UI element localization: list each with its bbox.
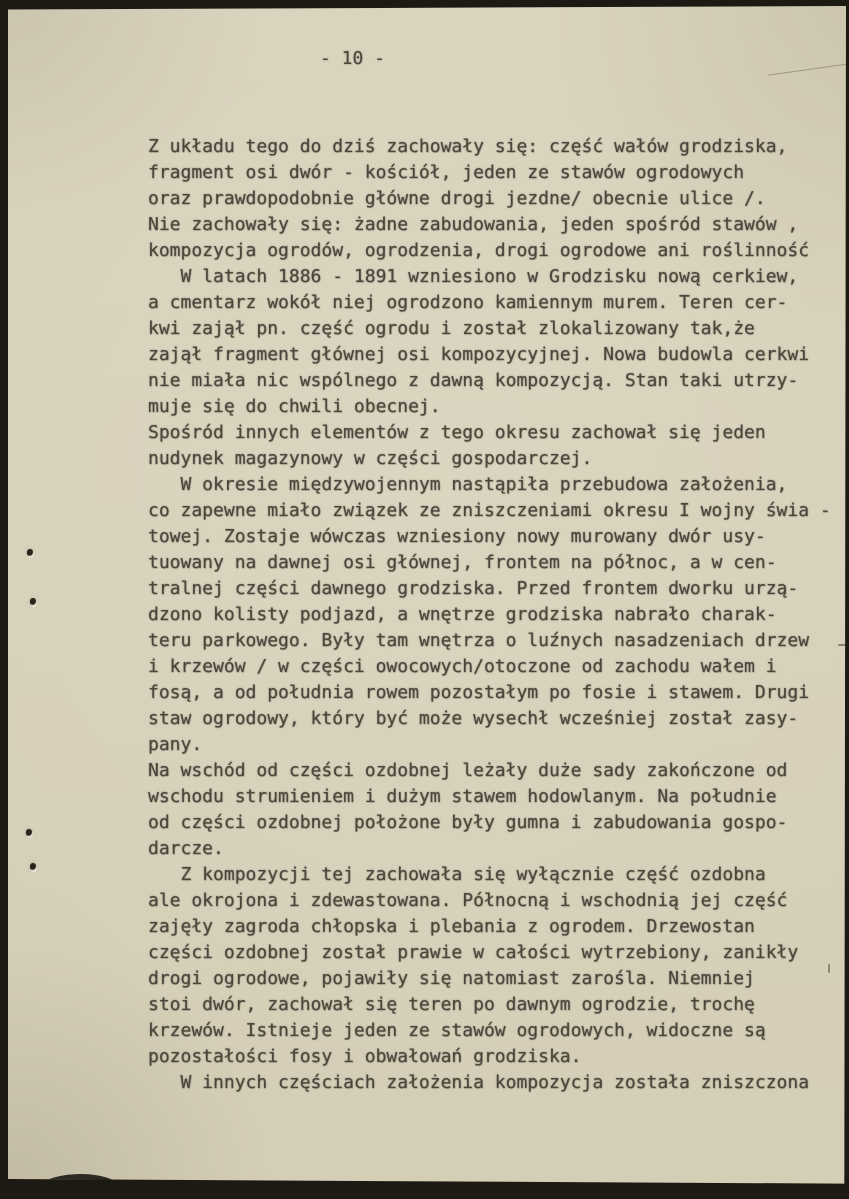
text-line: staw ogrodowy, który być może wysechł wc… — [148, 706, 831, 732]
text-line: i krzewów / w części owocowych/otoczone … — [148, 654, 831, 680]
punch-hole — [26, 829, 32, 836]
text-line: kompozycja ogrodów, ogrodzenia, drogi og… — [148, 238, 831, 264]
text-line: pany. — [148, 732, 831, 758]
punch-hole — [27, 549, 33, 556]
text-line: wschodu strumieniem i dużym stawem hodow… — [148, 784, 831, 810]
text-line: zajął fragment głównej osi kompozycyjnej… — [148, 342, 831, 368]
text-line: Nie zachowały się: żadne zabudowania, je… — [148, 212, 831, 238]
text-line: stoi dwór, zachował się teren po dawnym … — [148, 992, 831, 1018]
text-line: nudynek magazynowy w części gospodarczej… — [148, 446, 831, 472]
scan-edge-blob — [36, 1174, 126, 1196]
text-line: fosą, a od południa rowem pozostałym po … — [148, 680, 831, 706]
text-line: tralnej części dawnego grodziska. Przed … — [148, 576, 831, 602]
text-line: tuowany na dawnej osi głównej, frontem n… — [148, 550, 831, 576]
ink-smudge — [828, 964, 830, 973]
text-line: W okresie międzywojennym nastąpiła przeb… — [148, 472, 831, 498]
page-number: - 10 - — [320, 48, 385, 70]
text-line: ale okrojona i zdewastowana. Północną i … — [148, 888, 831, 914]
text-line: W latach 1886 - 1891 wzniesiono w Grodzi… — [148, 264, 831, 290]
text-line: drogi ogrodowe, pojawiły się natomiast z… — [148, 966, 831, 992]
text-line: kwi zajął pn. część ogrodu i został zlok… — [148, 316, 831, 342]
text-line: teru parkowego. Były tam wnętrza o luźny… — [148, 628, 831, 654]
text-line: towej. Zostaje wówczas wzniesiony nowy m… — [148, 524, 831, 550]
punch-hole — [30, 598, 36, 605]
text-line: dzono kolisty podjazd, a wnętrze grodzis… — [148, 602, 831, 628]
text-line: zajęły zagroda chłopska i plebania z ogr… — [148, 914, 831, 940]
text-line: Na wschód od części ozdobnej leżały duże… — [148, 758, 831, 784]
text-line: muje się do chwili obecnej. — [148, 394, 831, 420]
text-line: Z kompozycji tej zachowała się wyłącznie… — [148, 862, 831, 888]
text-line: co zapewne miało związek ze zniszczeniam… — [148, 498, 831, 524]
paper-scratch — [768, 61, 849, 75]
text-line: W innych częściach założenia kompozycja … — [148, 1070, 831, 1096]
text-line: Spośród innych elementów z tego okresu z… — [148, 420, 831, 446]
text-line: nie miała nic wspólnego z dawną kompozyc… — [148, 368, 831, 394]
text-line: pozostałości fosy i obwałowań grodziska. — [148, 1044, 831, 1070]
text-line: krzewów. Istnieje jeden ze stawów ogrodo… — [148, 1018, 831, 1044]
text-line: a cmentarz wokół niej ogrodzono kamienny… — [148, 290, 831, 316]
typewritten-text: Z układu tego do dziś zachowały się: czę… — [148, 134, 831, 1096]
text-line: od części ozdobnej położone były gumna i… — [148, 810, 831, 836]
text-line: darcze. — [148, 836, 831, 862]
text-line: oraz prawdopodobnie główne drogi jezdne/… — [148, 186, 831, 212]
text-line: fragment osi dwór - kościół, jeden ze st… — [148, 160, 831, 186]
paper-sheet: - 10 - Z układu tego do dziś zachowały s… — [8, 6, 846, 1186]
text-line: Z układu tego do dziś zachowały się: czę… — [148, 134, 831, 160]
ink-smudge — [838, 644, 847, 646]
text-line: części ozdobnej został prawie w całości … — [148, 940, 831, 966]
punch-hole — [30, 863, 36, 870]
